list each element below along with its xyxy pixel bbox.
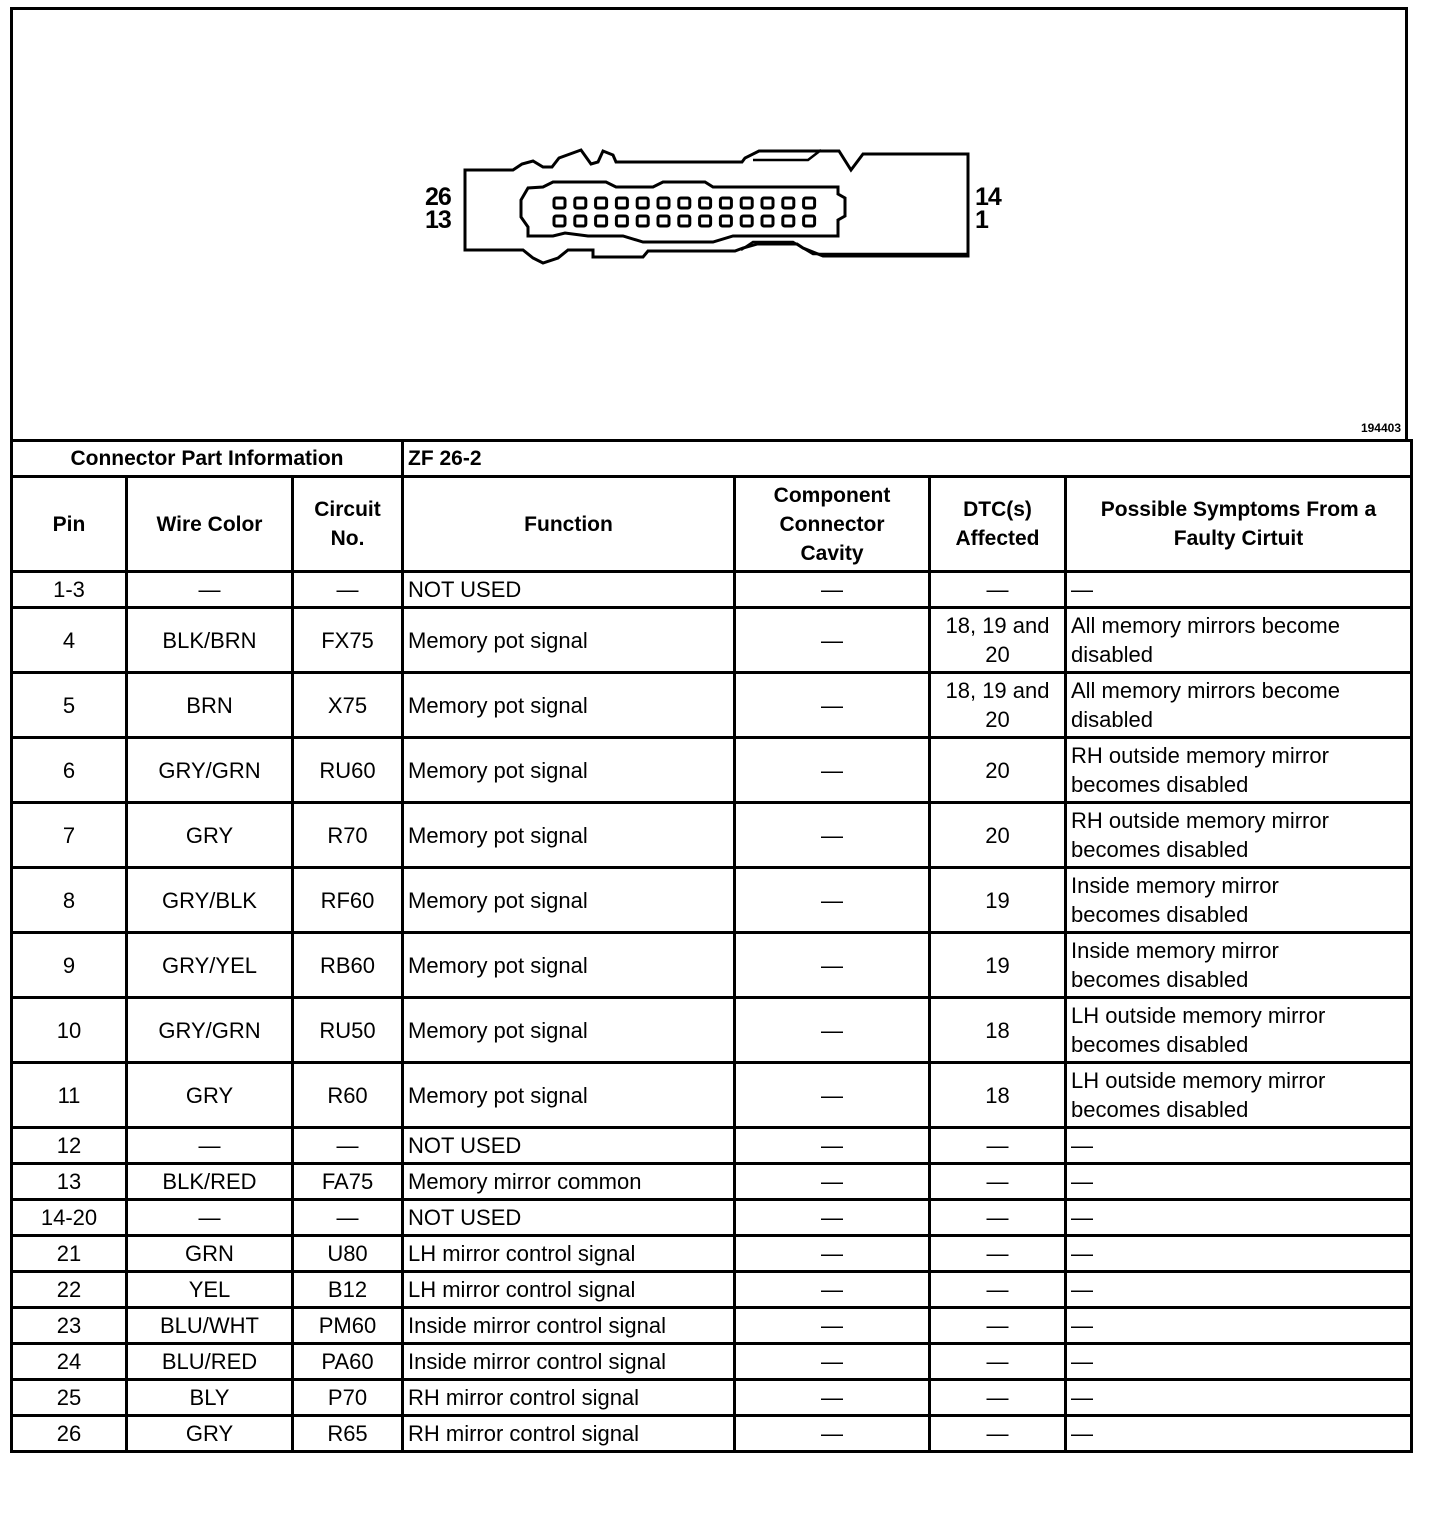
cavity-icon bbox=[637, 216, 648, 226]
cell-circuit-no: FA75 bbox=[293, 1164, 403, 1200]
cell-circuit-no: RF60 bbox=[293, 868, 403, 933]
cell-circuit-no: PA60 bbox=[293, 1344, 403, 1380]
cell-function: Memory pot signal bbox=[403, 1063, 735, 1128]
cell-symptoms: RH outside memory mirror becomes disable… bbox=[1066, 738, 1412, 803]
cell-function: NOT USED bbox=[403, 1200, 735, 1236]
header-wire-color: Wire Color bbox=[127, 477, 293, 572]
header-component-connector-cavity: Component Connector Cavity bbox=[735, 477, 930, 572]
cell-function: Memory pot signal bbox=[403, 998, 735, 1063]
connector-end-view-sheet: 26 13 14 1 194403 Connector Part Informa… bbox=[10, 7, 1408, 1453]
cell-pin: 12 bbox=[12, 1128, 127, 1164]
cell-dtc: 20 bbox=[930, 738, 1066, 803]
cell-symptoms: LH outside memory mirror becomes disable… bbox=[1066, 1063, 1412, 1128]
cell-cavity: — bbox=[735, 1416, 930, 1452]
cell-symptoms: — bbox=[1066, 1308, 1412, 1344]
cell-cavity: — bbox=[735, 673, 930, 738]
cavity-icon bbox=[554, 198, 565, 208]
cell-cavity: — bbox=[735, 572, 930, 608]
cell-circuit-no: FX75 bbox=[293, 608, 403, 673]
cell-cavity: — bbox=[735, 1308, 930, 1344]
cell-cavity: — bbox=[735, 1128, 930, 1164]
cell-pin: 22 bbox=[12, 1272, 127, 1308]
cell-circuit-no: — bbox=[293, 572, 403, 608]
cavity-icon bbox=[783, 216, 794, 226]
cell-symptoms: — bbox=[1066, 1164, 1412, 1200]
cell-circuit-no: RU60 bbox=[293, 738, 403, 803]
cavity-icon bbox=[658, 198, 669, 208]
cell-dtc: — bbox=[930, 572, 1066, 608]
cell-symptoms: Inside memory mirror becomes disabled bbox=[1066, 933, 1412, 998]
cell-symptoms: All memory mirrors become disabled bbox=[1066, 673, 1412, 738]
cell-dtc: 18, 19 and 20 bbox=[930, 608, 1066, 673]
cell-cavity: — bbox=[735, 1164, 930, 1200]
table-row: 5 BRN X75 Memory pot signal — 18, 19 and… bbox=[12, 673, 1412, 738]
cell-pin: 4 bbox=[12, 608, 127, 673]
cell-wire-color: BLK/BRN bbox=[127, 608, 293, 673]
header-circuit-no: Circuit No. bbox=[293, 477, 403, 572]
cell-pin: 10 bbox=[12, 998, 127, 1063]
cell-function: NOT USED bbox=[403, 572, 735, 608]
cell-cavity: — bbox=[735, 803, 930, 868]
cell-wire-color: GRY/YEL bbox=[127, 933, 293, 998]
cell-pin: 26 bbox=[12, 1416, 127, 1452]
cell-function: Inside mirror control signal bbox=[403, 1308, 735, 1344]
cell-wire-color: GRY/GRN bbox=[127, 738, 293, 803]
cell-circuit-no: X75 bbox=[293, 673, 403, 738]
cavity-icon bbox=[700, 198, 711, 208]
cavity-icon bbox=[720, 198, 731, 208]
cell-pin: 1-3 bbox=[12, 572, 127, 608]
cell-function: Memory pot signal bbox=[403, 803, 735, 868]
cell-function: Memory pot signal bbox=[403, 933, 735, 998]
cell-dtc: — bbox=[930, 1416, 1066, 1452]
cavity-icon bbox=[679, 216, 690, 226]
cavity-icon bbox=[741, 216, 752, 226]
cell-function: Inside mirror control signal bbox=[403, 1344, 735, 1380]
cell-wire-color: GRN bbox=[127, 1236, 293, 1272]
cell-cavity: — bbox=[735, 738, 930, 803]
cell-cavity: — bbox=[735, 1272, 930, 1308]
cell-dtc: 18 bbox=[930, 998, 1066, 1063]
cavity-icon bbox=[720, 216, 731, 226]
cell-dtc: — bbox=[930, 1200, 1066, 1236]
cell-pin: 7 bbox=[12, 803, 127, 868]
cell-dtc: 19 bbox=[930, 933, 1066, 998]
cell-wire-color: GRY bbox=[127, 803, 293, 868]
cell-cavity: — bbox=[735, 998, 930, 1063]
table-row: 22 YEL B12 LH mirror control signal — — … bbox=[12, 1272, 1412, 1308]
cell-wire-color: — bbox=[127, 572, 293, 608]
cell-function: NOT USED bbox=[403, 1128, 735, 1164]
cell-wire-color: YEL bbox=[127, 1272, 293, 1308]
cell-circuit-no: R60 bbox=[293, 1063, 403, 1128]
table-row: 1-3 — — NOT USED — — — bbox=[12, 572, 1412, 608]
cavity-icon bbox=[762, 198, 773, 208]
cell-symptoms: — bbox=[1066, 1416, 1412, 1452]
cell-circuit-no: B12 bbox=[293, 1272, 403, 1308]
cell-wire-color: GRY/BLK bbox=[127, 868, 293, 933]
cell-symptoms: — bbox=[1066, 1344, 1412, 1380]
cell-function: Memory pot signal bbox=[403, 673, 735, 738]
cell-wire-color: — bbox=[127, 1200, 293, 1236]
cell-wire-color: BRN bbox=[127, 673, 293, 738]
connector-pinout-table: Connector Part Information ZF 26-2 Pin W… bbox=[10, 439, 1413, 1453]
cell-symptoms: Inside memory mirror becomes disabled bbox=[1066, 868, 1412, 933]
cell-circuit-no: R70 bbox=[293, 803, 403, 868]
cell-dtc: 18, 19 and 20 bbox=[930, 673, 1066, 738]
cell-symptoms: All memory mirrors become disabled bbox=[1066, 608, 1412, 673]
cell-dtc: 18 bbox=[930, 1063, 1066, 1128]
cell-cavity: — bbox=[735, 1063, 930, 1128]
table-row: 11 GRY R60 Memory pot signal — 18 LH out… bbox=[12, 1063, 1412, 1128]
cell-dtc: — bbox=[930, 1344, 1066, 1380]
cell-cavity: — bbox=[735, 1200, 930, 1236]
cavity-icon bbox=[741, 198, 752, 208]
cell-dtc: — bbox=[930, 1128, 1066, 1164]
cell-function: Memory pot signal bbox=[403, 868, 735, 933]
cell-symptoms: RH outside memory mirror becomes disable… bbox=[1066, 803, 1412, 868]
cell-function: Memory pot signal bbox=[403, 738, 735, 803]
cell-function: LH mirror control signal bbox=[403, 1236, 735, 1272]
cell-function: Memory mirror common bbox=[403, 1164, 735, 1200]
table-row: 12 — — NOT USED — — — bbox=[12, 1128, 1412, 1164]
cavity-icon bbox=[575, 216, 586, 226]
connector-figure: 26 13 14 1 194403 bbox=[10, 7, 1408, 439]
table-row: 13 BLK/RED FA75 Memory mirror common — —… bbox=[12, 1164, 1412, 1200]
table-row: 8 GRY/BLK RF60 Memory pot signal — 19 In… bbox=[12, 868, 1412, 933]
cell-dtc: — bbox=[930, 1380, 1066, 1416]
pin-label-13: 13 bbox=[425, 208, 451, 233]
cell-pin: 24 bbox=[12, 1344, 127, 1380]
cavity-icon bbox=[658, 216, 669, 226]
figure-id: 194403 bbox=[1361, 421, 1401, 435]
table-row: 21 GRN U80 LH mirror control signal — — … bbox=[12, 1236, 1412, 1272]
cell-dtc: — bbox=[930, 1308, 1066, 1344]
cell-dtc: — bbox=[930, 1164, 1066, 1200]
cell-pin: 5 bbox=[12, 673, 127, 738]
table-row: 24 BLU/RED PA60 Inside mirror control si… bbox=[12, 1344, 1412, 1380]
table-header-row: Pin Wire Color Circuit No. Function Comp… bbox=[12, 477, 1412, 572]
cell-symptoms: — bbox=[1066, 1272, 1412, 1308]
table-row: 4 BLK/BRN FX75 Memory pot signal — 18, 1… bbox=[12, 608, 1412, 673]
cell-circuit-no: RB60 bbox=[293, 933, 403, 998]
cell-wire-color: — bbox=[127, 1128, 293, 1164]
cavity-icon bbox=[554, 216, 565, 226]
cell-wire-color: BLU/RED bbox=[127, 1344, 293, 1380]
cell-dtc: — bbox=[930, 1272, 1066, 1308]
cell-cavity: — bbox=[735, 1344, 930, 1380]
cell-cavity: — bbox=[735, 933, 930, 998]
cavity-icon bbox=[616, 216, 627, 226]
cell-symptoms: — bbox=[1066, 1128, 1412, 1164]
cell-function: RH mirror control signal bbox=[403, 1416, 735, 1452]
part-info-value: ZF 26-2 bbox=[403, 441, 1412, 477]
cavity-icon bbox=[700, 216, 711, 226]
cell-function: LH mirror control signal bbox=[403, 1272, 735, 1308]
header-pin: Pin bbox=[12, 477, 127, 572]
cell-dtc: 19 bbox=[930, 868, 1066, 933]
cell-circuit-no: U80 bbox=[293, 1236, 403, 1272]
table-row: 14-20 — — NOT USED — — — bbox=[12, 1200, 1412, 1236]
cell-pin: 11 bbox=[12, 1063, 127, 1128]
cavity-icon bbox=[804, 216, 815, 226]
cell-pin: 21 bbox=[12, 1236, 127, 1272]
part-info-label: Connector Part Information bbox=[12, 441, 403, 477]
table-row: 25 BLY P70 RH mirror control signal — — … bbox=[12, 1380, 1412, 1416]
cell-pin: 14-20 bbox=[12, 1200, 127, 1236]
cavity-icon bbox=[762, 216, 773, 226]
table-row: 26 GRY R65 RH mirror control signal — — … bbox=[12, 1416, 1412, 1452]
cell-circuit-no: RU50 bbox=[293, 998, 403, 1063]
cell-pin: 6 bbox=[12, 738, 127, 803]
connector-part-info-row: Connector Part Information ZF 26-2 bbox=[12, 441, 1412, 477]
cell-circuit-no: — bbox=[293, 1128, 403, 1164]
table-row: 7 GRY R70 Memory pot signal — 20 RH outs… bbox=[12, 803, 1412, 868]
header-possible-symptoms: Possible Symptoms From a Faulty Cirtuit bbox=[1066, 477, 1412, 572]
table-row: 6 GRY/GRN RU60 Memory pot signal — 20 RH… bbox=[12, 738, 1412, 803]
cavity-icon bbox=[679, 198, 690, 208]
cell-pin: 9 bbox=[12, 933, 127, 998]
cell-pin: 13 bbox=[12, 1164, 127, 1200]
cell-pin: 23 bbox=[12, 1308, 127, 1344]
cell-pin: 25 bbox=[12, 1380, 127, 1416]
cell-dtc: 20 bbox=[930, 803, 1066, 868]
cell-wire-color: GRY bbox=[127, 1063, 293, 1128]
cavity-icon bbox=[616, 198, 627, 208]
cell-wire-color: GRY/GRN bbox=[127, 998, 293, 1063]
header-dtcs-affected: DTC(s) Affected bbox=[930, 477, 1066, 572]
cell-pin: 8 bbox=[12, 868, 127, 933]
cavity-icon bbox=[596, 216, 607, 226]
cell-wire-color: BLY bbox=[127, 1380, 293, 1416]
pin-label-1: 1 bbox=[975, 208, 988, 233]
pin-rows: 1-3 — — NOT USED — — — 4 BLK/BRN FX75 Me… bbox=[12, 572, 1412, 1452]
cell-symptoms: — bbox=[1066, 1380, 1412, 1416]
cell-wire-color: GRY bbox=[127, 1416, 293, 1452]
cell-circuit-no: R65 bbox=[293, 1416, 403, 1452]
cell-symptoms: — bbox=[1066, 572, 1412, 608]
cell-cavity: — bbox=[735, 1236, 930, 1272]
cell-cavity: — bbox=[735, 1380, 930, 1416]
table-row: 10 GRY/GRN RU50 Memory pot signal — 18 L… bbox=[12, 998, 1412, 1063]
cell-dtc: — bbox=[930, 1236, 1066, 1272]
cell-circuit-no: — bbox=[293, 1200, 403, 1236]
cell-wire-color: BLU/WHT bbox=[127, 1308, 293, 1344]
connector-cavities bbox=[554, 198, 815, 226]
cavity-icon bbox=[575, 198, 586, 208]
cell-function: RH mirror control signal bbox=[403, 1380, 735, 1416]
cell-symptoms: — bbox=[1066, 1236, 1412, 1272]
cell-circuit-no: P70 bbox=[293, 1380, 403, 1416]
cavity-icon bbox=[783, 198, 794, 208]
cavity-icon bbox=[637, 198, 648, 208]
table-row: 23 BLU/WHT PM60 Inside mirror control si… bbox=[12, 1308, 1412, 1344]
table-row: 9 GRY/YEL RB60 Memory pot signal — 19 In… bbox=[12, 933, 1412, 998]
cell-symptoms: LH outside memory mirror becomes disable… bbox=[1066, 998, 1412, 1063]
cell-cavity: — bbox=[735, 868, 930, 933]
cell-circuit-no: PM60 bbox=[293, 1308, 403, 1344]
cell-function: Memory pot signal bbox=[403, 608, 735, 673]
connector-drawing bbox=[13, 10, 1411, 442]
cell-cavity: — bbox=[735, 608, 930, 673]
cell-wire-color: BLK/RED bbox=[127, 1164, 293, 1200]
cavity-icon bbox=[804, 198, 815, 208]
cell-symptoms: — bbox=[1066, 1200, 1412, 1236]
cavity-icon bbox=[596, 198, 607, 208]
header-function: Function bbox=[403, 477, 735, 572]
